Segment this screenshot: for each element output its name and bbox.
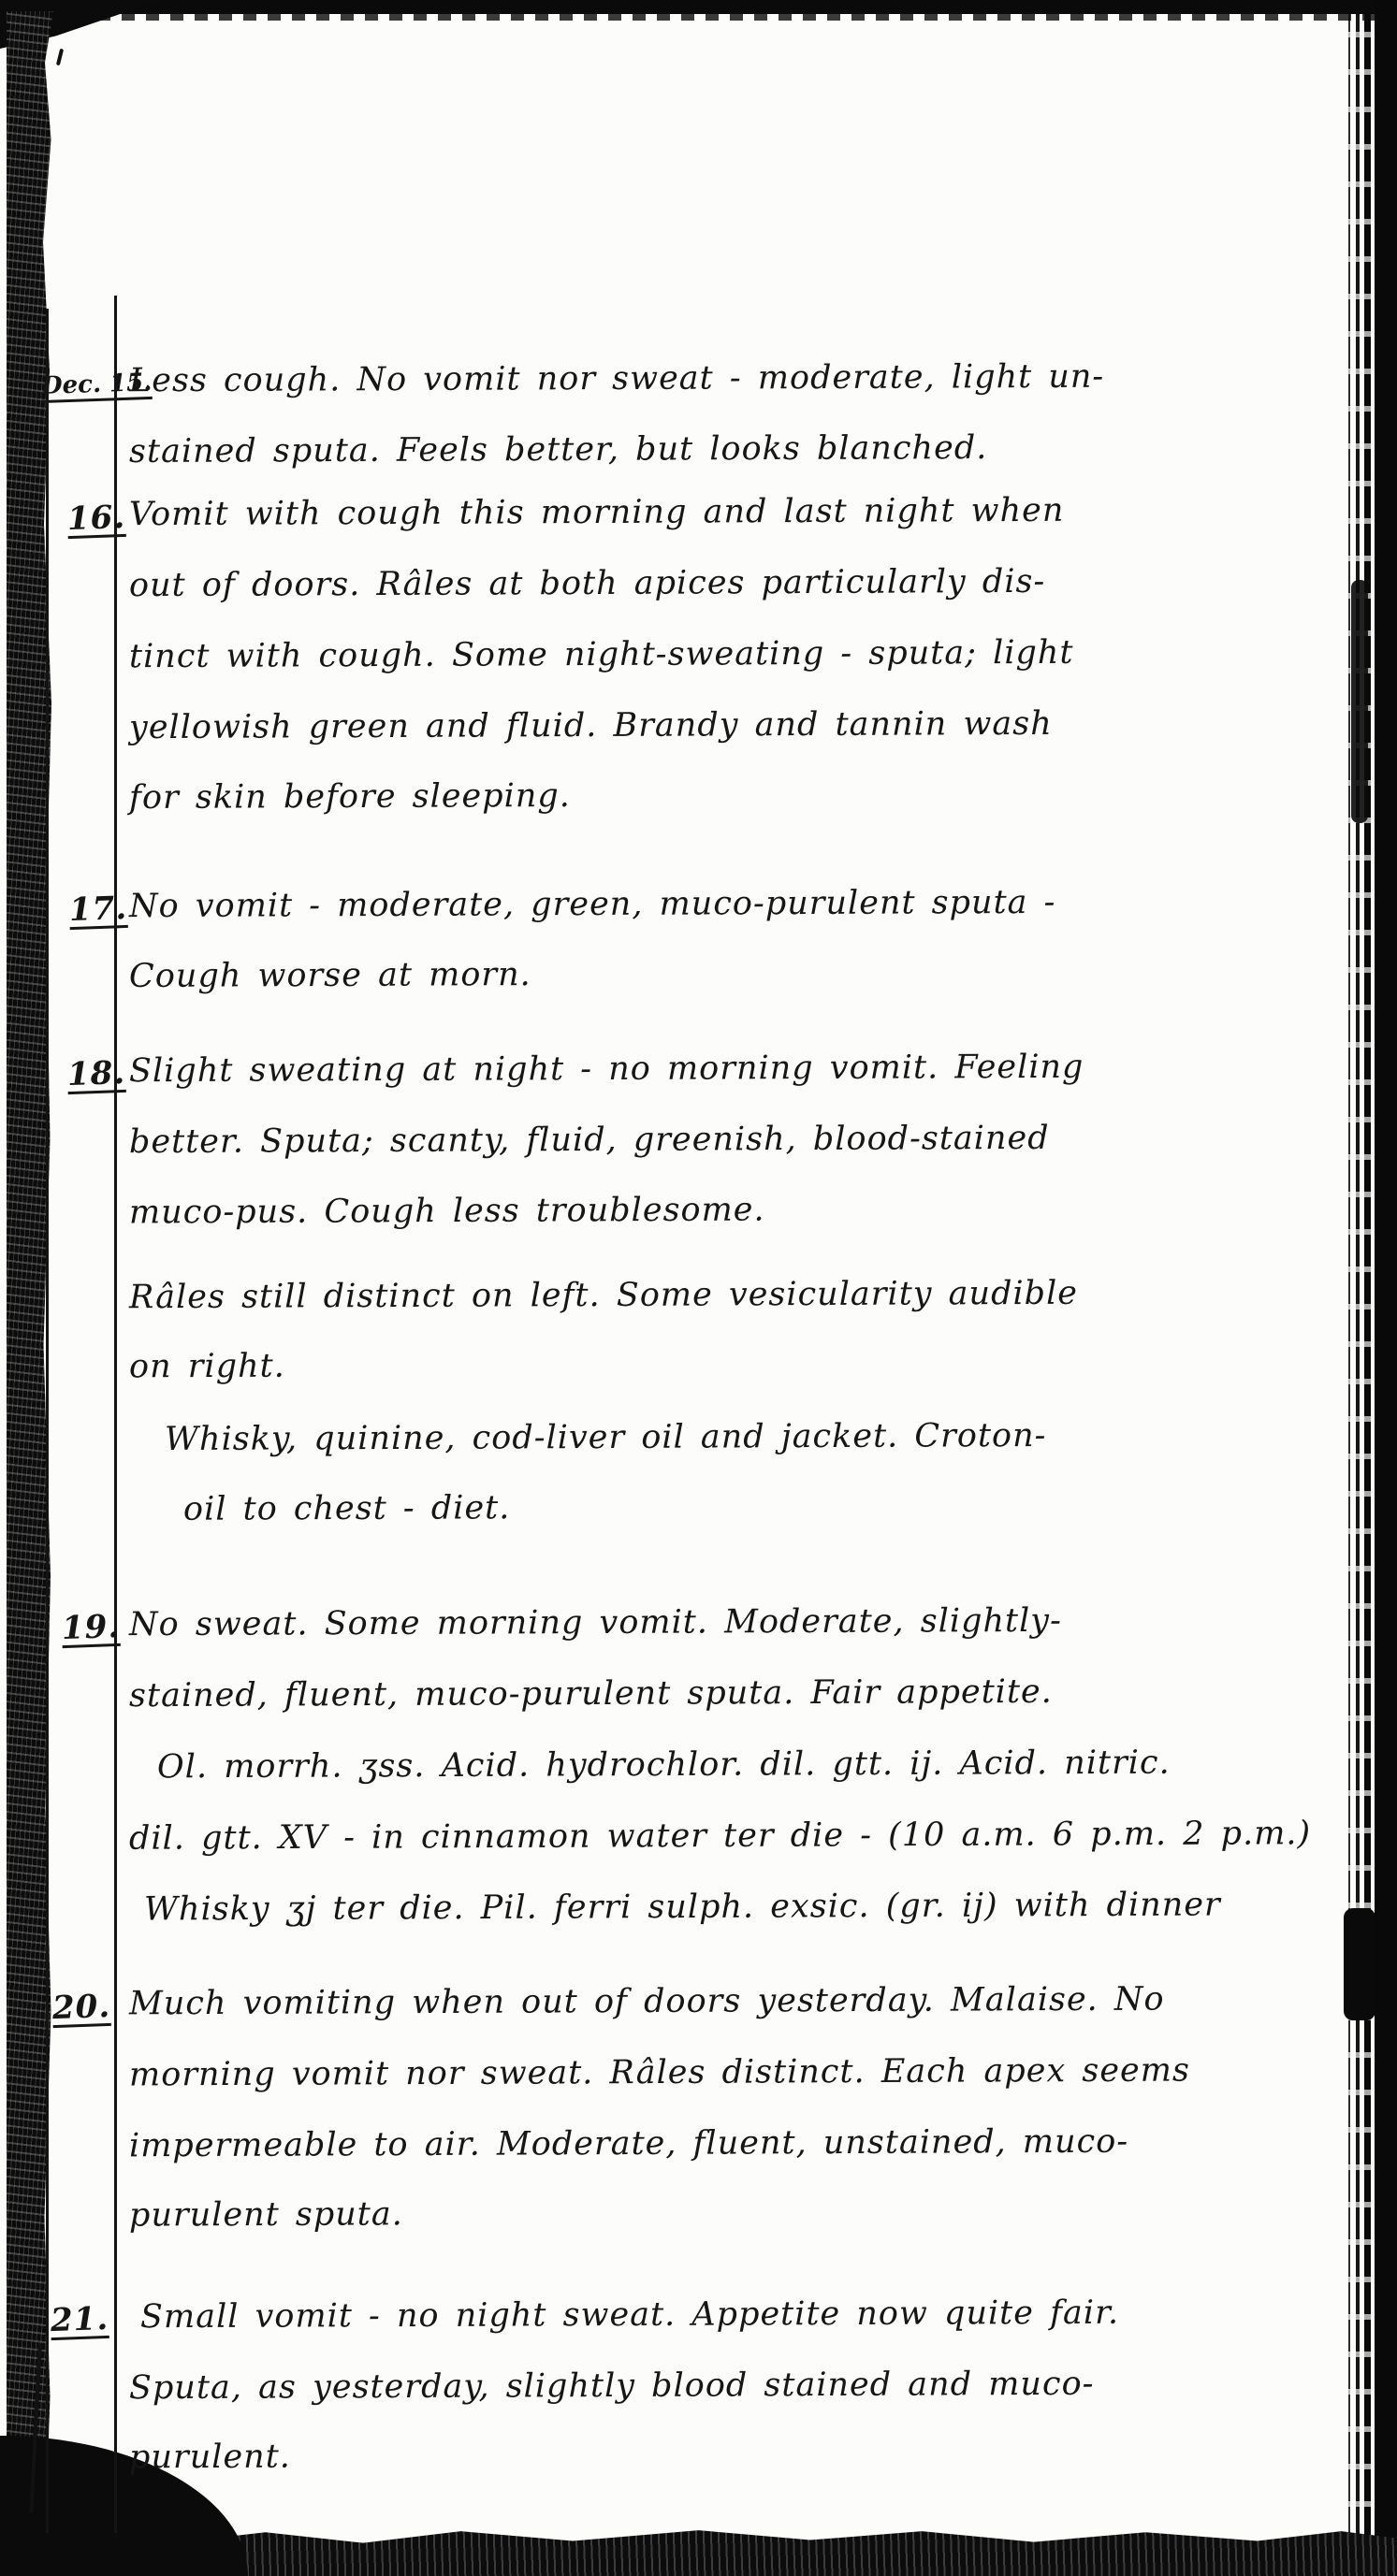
margin-rule-left <box>46 309 49 2533</box>
entry-date: 17. <box>68 890 128 929</box>
journal-line: muco-pus. Cough less troublesome. <box>129 1192 765 1232</box>
journal-line: No vomit - moderate, green, muco-purulen… <box>129 884 1056 925</box>
journal-line: on right. <box>129 1348 285 1386</box>
journal-line: Whisky ʒj ter die. Pil. ferri sulph. exs… <box>144 1886 1221 1928</box>
entry-date: 16. <box>66 499 126 538</box>
entry-date: 20. <box>51 1988 111 2027</box>
journal-line: No sweat. Some morning vomit. Moderate, … <box>129 1602 1062 1643</box>
journal-line: yellowish green and fluid. Brandy and ta… <box>129 705 1053 746</box>
entry-date: 18. <box>66 1054 126 1093</box>
journal-line: purulent. <box>129 2439 291 2477</box>
scanned-page: Dec. 15. 16. 17. 18. 19. 20. 21. Less co… <box>0 0 1397 2576</box>
journal-line: stained sputa. Feels better, but looks b… <box>129 429 987 470</box>
journal-line: Ol. morrh. ʒss. Acid. hydrochlor. dil. g… <box>157 1744 1171 1787</box>
journal-line: Much vomiting when out of doors yesterda… <box>129 1981 1165 2023</box>
journal-line: stained, fluent, muco-purulent sputa. Fa… <box>129 1673 1053 1715</box>
stray-pen-mark <box>56 49 64 65</box>
journal-line: better. Sputa; scanty, fluid, greenish, … <box>129 1120 1050 1161</box>
journal-line: Cough worse at morn. <box>129 956 531 995</box>
journal-line: oil to chest - diet. <box>183 1489 510 1528</box>
journal-line: Small vomit - no night sweat. Appetite n… <box>140 2294 1119 2337</box>
journal-line: morning vomit nor sweat. Râles distinct.… <box>129 2052 1190 2094</box>
scan-artifact-binding-streak <box>1364 0 1371 2576</box>
journal-line: tinct with cough. Some night-sweating - … <box>129 634 1074 675</box>
margin-rule-right <box>114 296 117 2533</box>
entry-date: 19. <box>61 1608 121 1647</box>
journal-text-column: Less cough. No vomit nor sweat - moderat… <box>129 0 1364 2576</box>
journal-line: Less cough. No vomit nor sweat - moderat… <box>129 358 1104 400</box>
journal-line: impermeable to air. Moderate, fluent, un… <box>129 2123 1128 2165</box>
entry-date: 21. <box>50 2300 109 2339</box>
scan-artifact-right-edge <box>1375 0 1397 2576</box>
journal-line: out of doors. Râles at both apices parti… <box>129 563 1045 604</box>
journal-line: dil. gtt. XV - in cinnamon water ter die… <box>129 1815 1311 1858</box>
journal-line: purulent sputa. <box>129 2195 403 2234</box>
journal-line: Râles still distinct on left. Some vesic… <box>129 1275 1078 1316</box>
journal-line: for skin before sleeping. <box>129 777 571 817</box>
journal-line: Slight sweating at night - no morning vo… <box>129 1049 1084 1090</box>
journal-line: Sputa, as yesterday, slightly blood stai… <box>129 2366 1095 2408</box>
journal-line: Whisky, quinine, cod-liver oil and jacke… <box>165 1417 1047 1458</box>
journal-line: Vomit with cough this morning and last n… <box>129 492 1065 533</box>
